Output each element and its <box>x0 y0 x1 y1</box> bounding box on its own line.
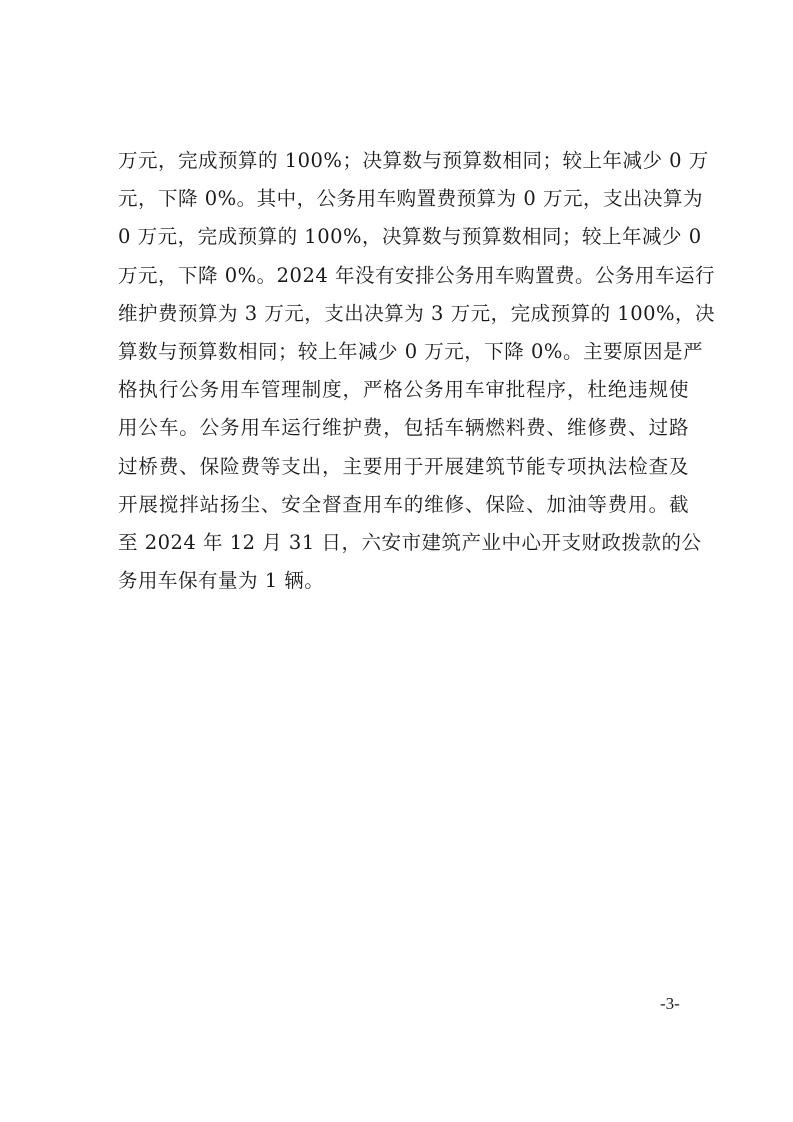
paragraph-line: 开展搅拌站扬尘、安全督查用车的维修、保险、加油等费用。截 <box>118 486 689 524</box>
paragraph-line: 务用车保有量为 1 辆。 <box>118 562 689 600</box>
paragraph-line: 过桥费、保险费等支出，主要用于开展建筑节能专项执法检查及 <box>118 448 689 486</box>
document-page: 万元，完成预算的 100%；决算数与预算数相同；较上年减少 0 万 元，下降 0… <box>0 0 793 1122</box>
paragraph-line: 至 2024 年 12 月 31 日，六安市建筑产业中心开支财政拨款的公 <box>118 524 689 562</box>
page-number: -3- <box>660 993 700 1015</box>
paragraph-line: 维护费预算为 3 万元，支出决算为 3 万元，完成预算的 100%，决 <box>118 295 689 333</box>
paragraph-line: 万元，下降 0%。2024 年没有安排公务用车购置费。公务用车运行 <box>118 257 689 295</box>
paragraph-line: 用公车。公务用车运行维护费，包括车辆燃料费、维修费、过路 <box>118 409 689 447</box>
paragraph-line: 格执行公务用车管理制度，严格公务用车审批程序，杜绝违规使 <box>118 371 689 409</box>
paragraph-line: 万元，完成预算的 100%；决算数与预算数相同；较上年减少 0 万 <box>118 142 689 180</box>
paragraph-line: 0 万元，完成预算的 100%，决算数与预算数相同；较上年减少 0 <box>118 218 689 256</box>
body-paragraph: 万元，完成预算的 100%；决算数与预算数相同；较上年减少 0 万 元，下降 0… <box>118 142 689 600</box>
paragraph-line: 算数与预算数相同；较上年减少 0 万元，下降 0%。主要原因是严 <box>118 333 689 371</box>
paragraph-line: 元，下降 0%。其中，公务用车购置费预算为 0 万元，支出决算为 <box>118 180 689 218</box>
